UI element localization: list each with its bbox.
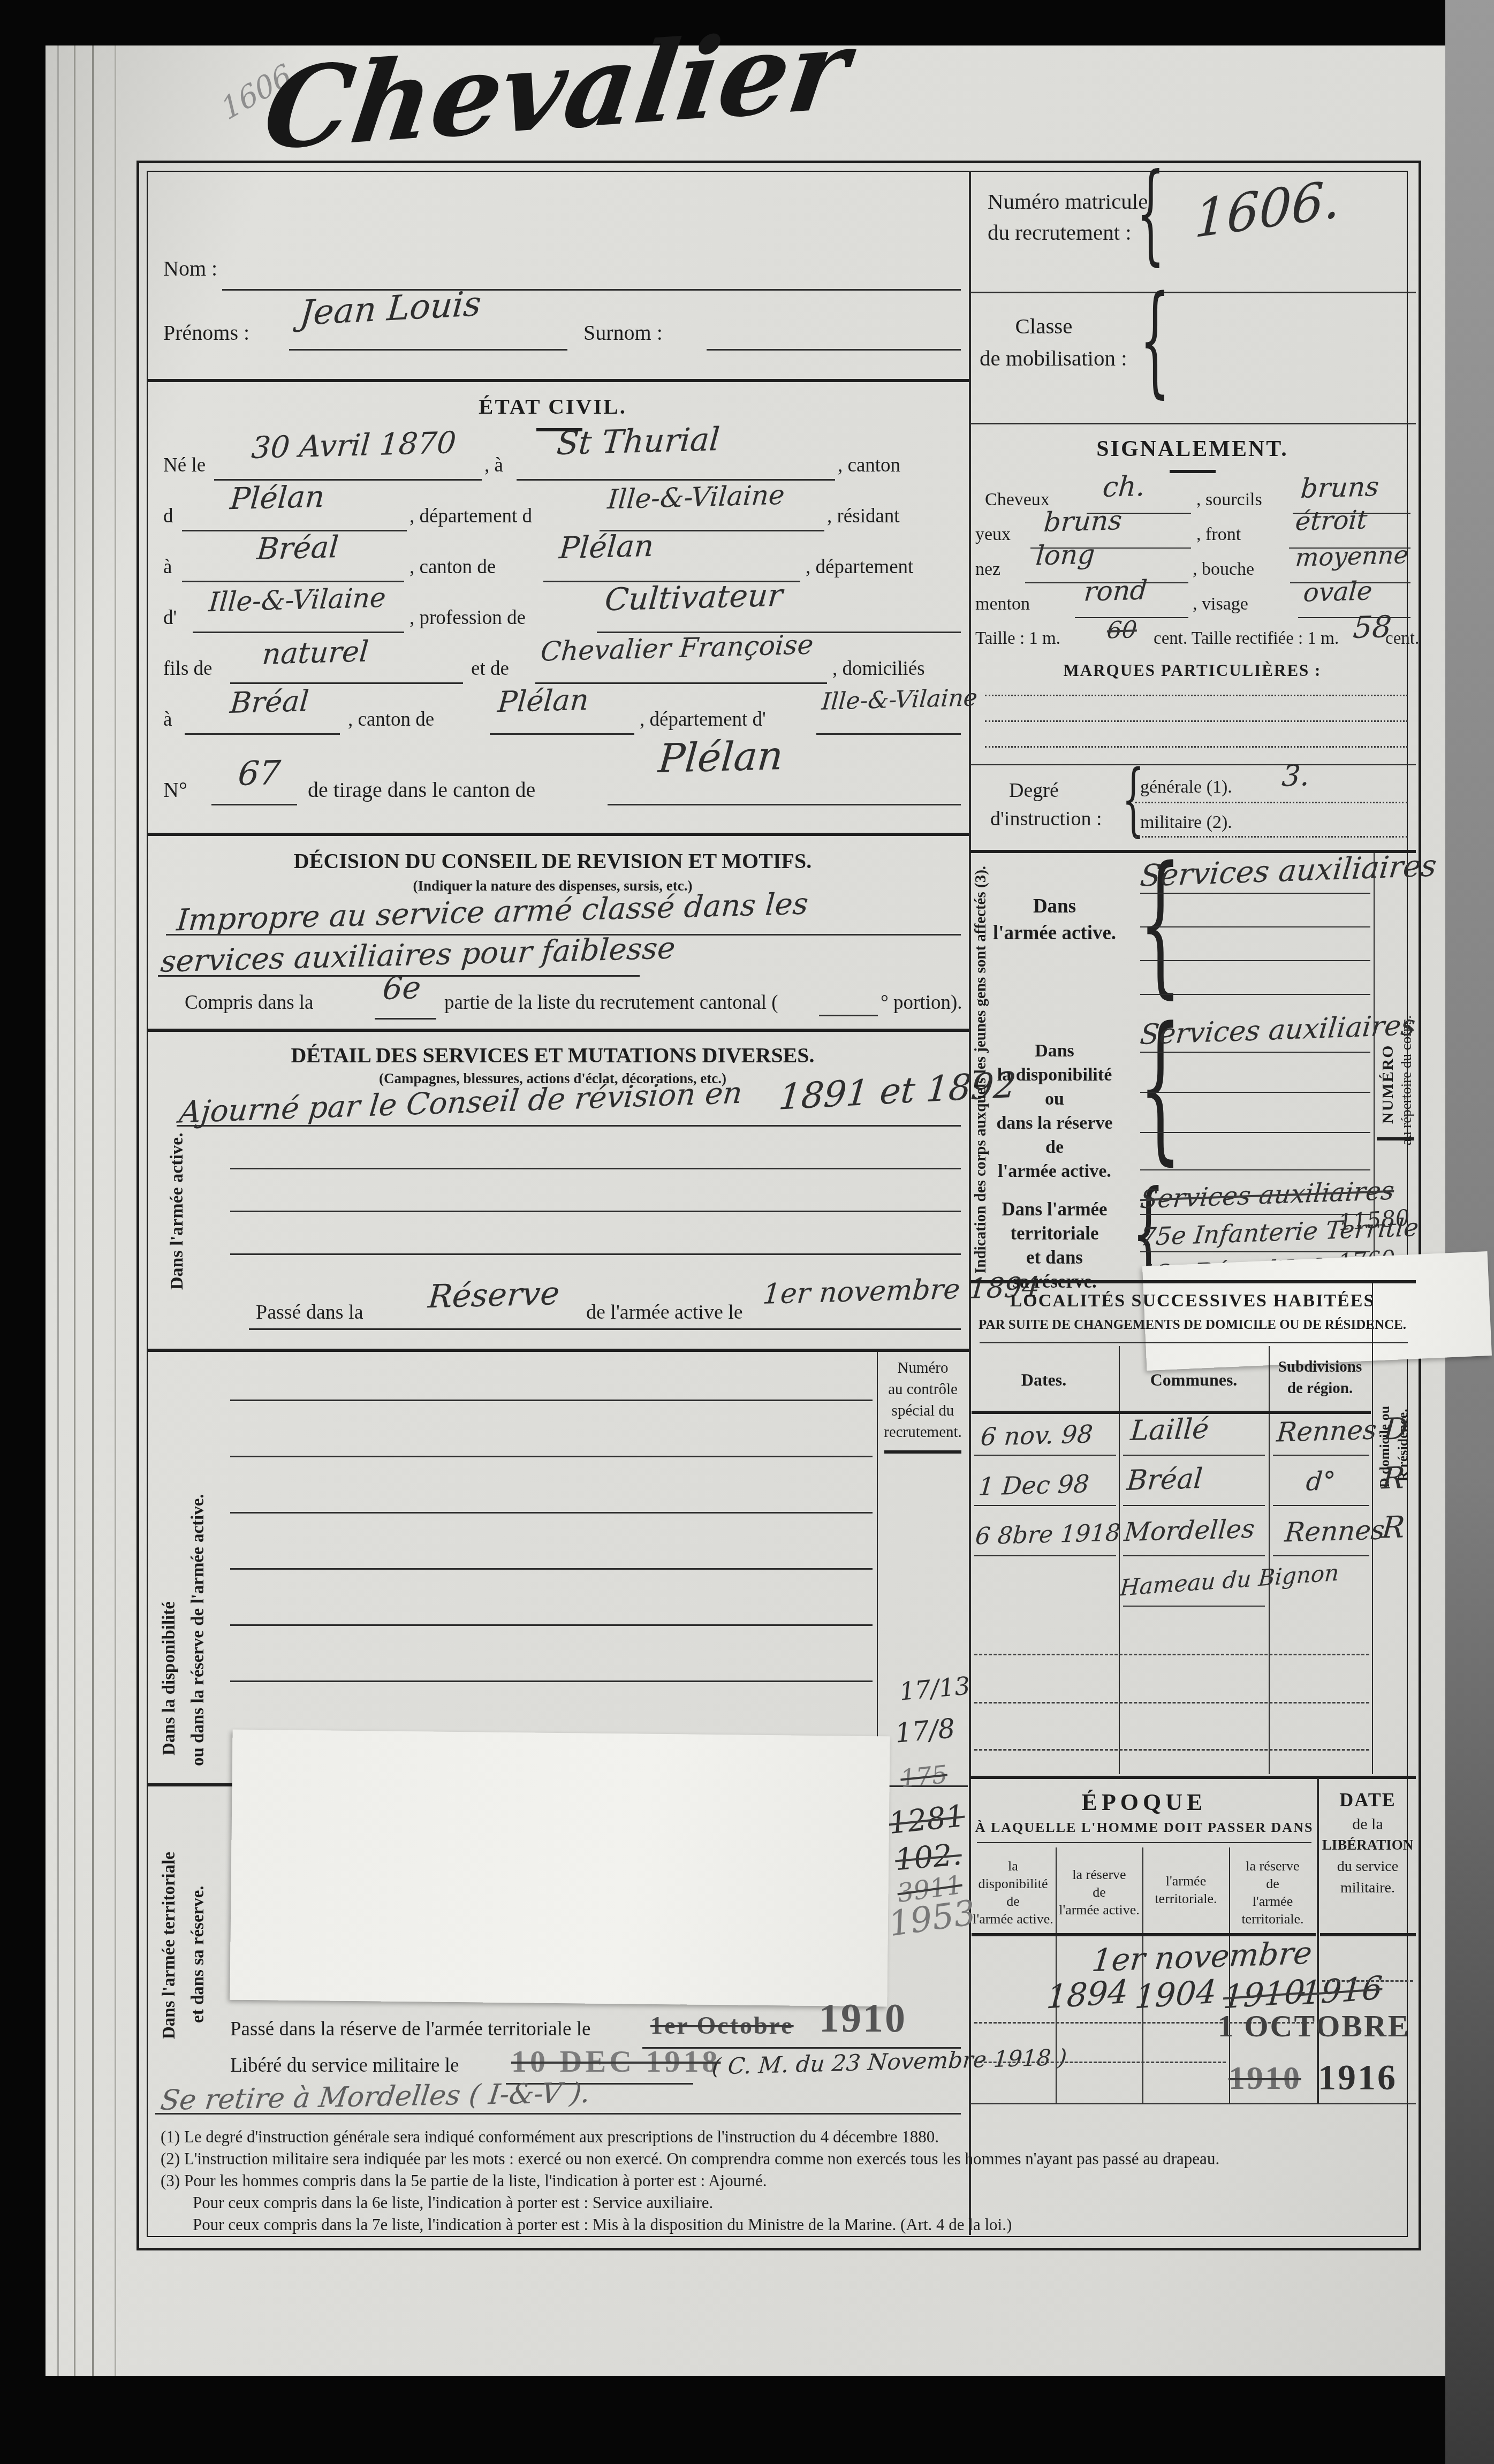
corps-block2-label-5: de xyxy=(993,1137,1116,1158)
bouche-label: , bouche xyxy=(1193,559,1254,580)
birth-place-value: St Thurial xyxy=(555,421,721,462)
epoque-date-header-2: de la xyxy=(1319,1815,1416,1834)
localites-row3-subdiv: Rennes xyxy=(1284,1514,1386,1548)
row-line xyxy=(974,1555,1116,1556)
d-label: d xyxy=(163,505,173,528)
epoque-year-1904: 1904 xyxy=(1134,1973,1218,2016)
compris-label-b: partie de la liste du recrutement canton… xyxy=(444,991,778,1014)
row-line xyxy=(1273,1455,1369,1456)
sourcils-value: bruns xyxy=(1300,471,1381,504)
controle-header-3: spécial du xyxy=(878,1402,968,1420)
section-rule xyxy=(970,1776,1416,1779)
classe-label-2: de mobilisation : xyxy=(980,345,1127,371)
taille-cent-label: cent. xyxy=(1385,629,1419,649)
fill-line xyxy=(230,1568,873,1570)
passe-reserve-label-a: Passé dans la xyxy=(256,1301,363,1324)
epoque-col4-line1: la réserve xyxy=(1231,1858,1314,1874)
residence-value: Bréal xyxy=(255,530,339,567)
fill-line xyxy=(230,1624,873,1626)
territoriale-date-stamp-a: 1er Octobre xyxy=(650,2011,794,2040)
epoque-subtitle: À LAQUELLE L'HOMME DOIT PASSER DANS xyxy=(972,1820,1317,1836)
decision-title: DÉCISION DU CONSEIL DE REVISION ET MOTIF… xyxy=(136,848,969,873)
fill-line xyxy=(1135,802,1408,803)
fill-line xyxy=(490,733,634,735)
marques-line xyxy=(985,720,1408,722)
localites-row2-subdiv: d° xyxy=(1305,1466,1337,1497)
empty-row-line xyxy=(974,2062,1226,2063)
table-column-line xyxy=(1119,1346,1120,1774)
epoque-col3-line1: l'armée xyxy=(1144,1873,1227,1889)
row-line xyxy=(1273,1555,1369,1556)
localites-row3-commune: Mordelles xyxy=(1123,1514,1256,1548)
dom-place-value: Bréal xyxy=(229,684,310,720)
empty-row-line xyxy=(974,1749,1369,1751)
footnote-5: Pour ceux compris dans la 7e liste, l'in… xyxy=(193,2215,1012,2234)
scanned-military-register-sheet: 1606 Chevalier Nom : Prénoms : Jean Loui… xyxy=(0,0,1494,2464)
nom-underline xyxy=(222,289,961,291)
front-value: étroit xyxy=(1294,505,1369,537)
menton-value: rond xyxy=(1083,574,1149,607)
d2-label: d' xyxy=(163,606,177,629)
classe-label-1: Classe xyxy=(974,313,1113,339)
fill-line xyxy=(1140,960,1370,961)
departement3-label: , département d' xyxy=(640,708,766,731)
epoque-col2-line1: la réserve xyxy=(1058,1867,1141,1883)
stamp-1-octobre: 1 OCTOBRE xyxy=(1218,2008,1410,2044)
corps-block2-label-6: l'armée active. xyxy=(988,1161,1121,1182)
epoque-col4-line2: de xyxy=(1231,1876,1314,1892)
passe-reserve-hw1: Réserve xyxy=(427,1275,561,1316)
localites-row1-subdiv: Rennes xyxy=(1276,1414,1378,1448)
localites-title-2: PAR SUITE DE CHANGEMENTS DE DOMICILE OU … xyxy=(969,1318,1416,1333)
departement-label: , département d xyxy=(409,505,532,528)
dept1-value: Ille-&-Vilaine xyxy=(606,480,786,515)
terr-side-label-2: et dans sa réserve. xyxy=(188,1830,208,2023)
front-label: , front xyxy=(1196,524,1241,545)
territoriale-date-stamp-b: 1910 xyxy=(819,1995,907,2042)
fill-line xyxy=(230,1168,961,1169)
row-line xyxy=(1123,1555,1265,1556)
empty-row-line xyxy=(1322,1980,1413,1982)
page-stack-edge xyxy=(92,45,94,2376)
localites-header-communes: Communes. xyxy=(1121,1370,1266,1390)
localites-row2-commune: Bréal xyxy=(1126,1463,1204,1497)
localites-row1-dr: D xyxy=(1382,1411,1409,1447)
corps-block1-label-1: Dans xyxy=(993,895,1116,918)
fill-line xyxy=(185,733,340,735)
epoque-column-line xyxy=(1056,1847,1057,2104)
epoque-col3-line2: territoriale. xyxy=(1144,1891,1227,1907)
section-rule-stub xyxy=(147,1783,232,1786)
tirage-label: de tirage dans le canton de xyxy=(308,777,535,802)
epoque-header-rule xyxy=(1320,1933,1416,1936)
fill-line xyxy=(211,804,297,805)
section-rule xyxy=(970,1280,1416,1283)
yeux-value: bruns xyxy=(1043,505,1124,538)
localites-header-dates: Dates. xyxy=(972,1370,1116,1390)
fill-line xyxy=(608,804,961,805)
militaire-label: militaire (2). xyxy=(1140,812,1232,833)
corps-block3-label-2: territoriale xyxy=(988,1223,1121,1244)
fill-line xyxy=(249,1328,961,1330)
corps-block2-label-4: dans la réserve xyxy=(988,1113,1121,1134)
etat-civil-title: ÉTAT CIVIL. xyxy=(136,393,969,419)
profession-value: Cultivateur xyxy=(603,577,784,618)
epoque-date-header-5: militaire. xyxy=(1319,1880,1416,1897)
table-column-line xyxy=(1269,1346,1270,1774)
passe-reserve-label-b: de l'armée active le xyxy=(586,1301,743,1324)
bouche-value: moyenne xyxy=(1294,540,1409,572)
residant-label: , résidant xyxy=(827,505,900,528)
surnom-label: Surnom : xyxy=(583,320,663,345)
scan-background-band xyxy=(1445,0,1494,2464)
a3-label: à xyxy=(163,708,172,731)
a-label: , à xyxy=(484,454,503,477)
epoque-title: ÉPOQUE xyxy=(972,1789,1317,1816)
empty-row-line xyxy=(974,1654,1369,1655)
row-line xyxy=(974,1455,1116,1456)
epoque-col1-line1: la xyxy=(972,1858,1055,1874)
corps-block3-label-1: Dans l'armée xyxy=(988,1199,1121,1220)
fill-line xyxy=(230,682,463,684)
epoque-col2-line3: l'armée active. xyxy=(1058,1902,1141,1918)
fill-line xyxy=(193,632,404,633)
matricule-label-2: du recrutement : xyxy=(988,219,1132,245)
decorative-rule xyxy=(977,1842,1311,1843)
canton1-value: Plélan xyxy=(229,480,325,517)
epoque-date-header-3: LIBÉRATION xyxy=(1319,1837,1416,1853)
controle-value-1: 17/13 xyxy=(898,1671,972,1706)
page-stack-edge xyxy=(57,45,59,2376)
fill-line xyxy=(1140,893,1370,894)
row-rule xyxy=(970,292,1416,293)
fill-line xyxy=(1140,1169,1370,1170)
departement2-label: , département xyxy=(806,556,913,579)
fill-line xyxy=(819,1015,878,1016)
generale-value: 3. xyxy=(1281,758,1311,793)
section-rule xyxy=(147,1029,969,1032)
degre-label-2: d'instruction : xyxy=(990,807,1102,831)
epoque-col1-line3: de xyxy=(972,1893,1055,1910)
fill-line xyxy=(517,479,835,481)
section-rule xyxy=(147,1349,969,1352)
row-rule xyxy=(970,423,1416,424)
stamp-1916: 1916 xyxy=(1318,2056,1397,2098)
empty-row-line xyxy=(974,1702,1369,1703)
tirage-value: 67 xyxy=(237,753,282,793)
visage-label: , visage xyxy=(1193,594,1248,614)
corps-block2-label-2: la disponibilité xyxy=(988,1065,1121,1085)
ne-le-label: Né le xyxy=(163,454,206,477)
controle-value-3: 175 xyxy=(899,1760,949,1793)
fill-line xyxy=(230,1512,873,1514)
fill-line xyxy=(230,1253,961,1255)
canton2-value: Plélan xyxy=(558,529,655,566)
matricule-label-1: Numéro matricule xyxy=(988,188,1148,214)
dispo-side-label-1: Dans la disponibilité xyxy=(160,1381,179,1755)
epoque-date-header-1: DATE xyxy=(1319,1789,1416,1811)
canton-label: , canton xyxy=(838,454,900,477)
signalement-title: SIGNALEMENT. xyxy=(969,436,1416,462)
decorative-rule xyxy=(980,1342,1408,1343)
nez-label: nez xyxy=(975,559,1000,580)
nez-value: long xyxy=(1035,538,1096,571)
et-de-label: et de xyxy=(471,657,509,680)
row-line xyxy=(1273,1505,1369,1506)
footnote-1: (1) Le degré d'instruction générale sera… xyxy=(161,2127,939,2147)
prenoms-underline xyxy=(289,349,567,351)
fill-line xyxy=(1140,1132,1370,1133)
fill-line xyxy=(230,1680,873,1682)
canton3-value: Plélan xyxy=(497,683,590,719)
compris-label-a: Compris dans la xyxy=(185,991,313,1014)
passe-territoriale-label: Passé dans la réserve de l'armée territo… xyxy=(230,2018,590,2041)
localites-row3-dr: R xyxy=(1381,1510,1406,1545)
libere-date-stamp: 10 DEC 1918 xyxy=(511,2043,721,2079)
fill-line xyxy=(1140,1092,1370,1093)
epoque-col2-line2: de xyxy=(1058,1884,1141,1900)
fill-line xyxy=(1140,926,1370,927)
page-stack-edge xyxy=(74,45,75,2376)
stamp-1910-struck: 1910 xyxy=(1228,2059,1301,2097)
epoque-date-header-4: du service xyxy=(1319,1858,1416,1875)
fill-line xyxy=(230,1211,961,1212)
matricule-brace xyxy=(1136,160,1165,269)
corps-block2-label-3: ou xyxy=(993,1089,1116,1109)
cheveux-label: Cheveux xyxy=(985,490,1050,510)
libere-label: Libéré du service militaire le xyxy=(230,2054,459,2077)
sourcils-label: , sourcils xyxy=(1196,490,1262,510)
yeux-label: yeux xyxy=(975,524,1011,545)
controle-header-1: Numéro xyxy=(878,1359,968,1377)
page-stack-edge xyxy=(115,45,116,2376)
detail-title: DÉTAIL DES SERVICES ET MUTATIONS DIVERSE… xyxy=(136,1043,969,1068)
marques-line xyxy=(985,746,1408,748)
fill-line xyxy=(214,479,482,481)
fill-line xyxy=(230,1456,873,1457)
taille-rectifiee-label: cent. Taille rectifiée : 1 m. xyxy=(1154,629,1339,649)
controle-header-rule xyxy=(884,1450,961,1454)
prenoms-label: Prénoms : xyxy=(163,320,249,345)
epoque-bottom-rule xyxy=(970,2103,1416,2104)
visage-value: ovale xyxy=(1302,576,1374,607)
date-column-divider xyxy=(1317,1778,1319,2104)
fill-line xyxy=(375,1018,436,1020)
localites-row3-date: 6 8bre 1918 xyxy=(974,1519,1121,1550)
fill-line xyxy=(1140,1214,1370,1215)
section-rule xyxy=(147,833,969,836)
domicilies-label: , domiciliés xyxy=(832,657,925,680)
row-line xyxy=(1123,1606,1265,1607)
footnote-3: (3) Pour les hommes compris dans la 5e p… xyxy=(161,2171,767,2191)
controle-header-4: recrutement. xyxy=(878,1424,968,1441)
corps-block2-label-1: Dans xyxy=(993,1041,1116,1061)
localites-row1-date: 6 nov. 98 xyxy=(980,1419,1094,1451)
cheveux-value: ch. xyxy=(1102,470,1147,504)
footnote-4: Pour ceux compris dans la 6e liste, l'in… xyxy=(193,2193,713,2212)
profession-label: , profession de xyxy=(409,606,526,629)
taille-label: Taille : 1 m. xyxy=(975,629,1060,649)
dept3-value: Ille-&-Vilaine xyxy=(821,684,979,716)
controle-value-2: 17/8 xyxy=(894,1713,957,1749)
epoque-year-1916-struck: 1916 xyxy=(1300,1969,1384,2012)
localites-header-subdiv-1: Subdivisions xyxy=(1270,1358,1370,1376)
row-line xyxy=(974,1505,1116,1506)
row-line xyxy=(1123,1505,1265,1506)
compris-value: 6e xyxy=(381,969,422,1007)
canton2-label: , canton de xyxy=(409,556,496,579)
nom-label: Nom : xyxy=(163,256,217,281)
taille-old-value: 60 xyxy=(1106,616,1138,644)
compris-label-c: ° portion). xyxy=(881,991,962,1014)
tirage-canton-value: Plélan xyxy=(657,733,785,782)
footnote-2: (2) L'instruction militaire sera indiqué… xyxy=(161,2149,1219,2169)
surnom-underline xyxy=(707,349,961,351)
corps-block1-label-2: l'armée active. xyxy=(993,922,1116,945)
filiation-value: naturel xyxy=(261,634,370,671)
birth-date-value: 30 Avril 1870 xyxy=(251,425,458,466)
fill-line xyxy=(230,1400,873,1401)
epoque-col4-line4: territoriale. xyxy=(1231,1911,1314,1927)
localites-row2-date: 1 Dec 98 xyxy=(977,1469,1090,1501)
localites-row1-commune: Laillé xyxy=(1129,1413,1210,1447)
localites-row2-dr: R xyxy=(1381,1461,1406,1496)
degre-label-1: Degré xyxy=(1009,779,1059,802)
numero-tirage-label: N° xyxy=(163,777,187,802)
armee-active-side-label: Dans l'armée active. xyxy=(167,1065,187,1290)
epoque-col4-line3: l'armée xyxy=(1231,1893,1314,1910)
corps-regiment-1-number: 11580 xyxy=(1337,1204,1410,1235)
title-dash xyxy=(1170,470,1216,473)
decision-subtitle: (Indiquer la nature des dispenses, sursi… xyxy=(136,878,969,894)
controle-header-2: au contrôle xyxy=(878,1381,968,1398)
fils-label: fils de xyxy=(163,657,212,680)
localites-header-subdiv-2: de région. xyxy=(1270,1380,1370,1397)
fill-line xyxy=(1140,1251,1370,1252)
dept2-value: Ille-&-Vilaine xyxy=(208,582,387,618)
epoque-col1-line4: l'armée active. xyxy=(972,1911,1055,1927)
terr-side-label-1: Dans l'armée territoriale xyxy=(160,1814,179,2039)
pasted-paper-patch-left xyxy=(230,1730,890,2007)
section-rule xyxy=(147,379,969,382)
a2-label: à xyxy=(163,556,172,579)
corps-block3-label-3: et dans xyxy=(988,1247,1121,1268)
fill-line xyxy=(177,1125,961,1127)
generale-label: générale (1). xyxy=(1140,777,1232,797)
fill-line xyxy=(816,733,961,735)
row-rule xyxy=(970,764,1416,765)
classe-brace xyxy=(1140,280,1170,400)
localites-title-1: LOCALITÉS SUCCESSIVES HABITÉES xyxy=(969,1291,1416,1311)
row-line xyxy=(1123,1455,1265,1456)
epoque-col1-line2: disponibilité xyxy=(972,1876,1055,1892)
fill-line xyxy=(155,2113,961,2115)
marques-label: MARQUES PARTICULIÈRES : xyxy=(969,661,1416,680)
canton3-label: , canton de xyxy=(348,708,434,731)
menton-label: menton xyxy=(975,594,1030,614)
marques-line xyxy=(985,695,1408,696)
repertoire-rule xyxy=(1377,1137,1414,1140)
fill-line xyxy=(1140,1052,1370,1053)
epoque-year-1894: 1894 xyxy=(1045,1973,1129,2016)
dispo-side-label-2: ou dans la réserve de l'armée active. xyxy=(188,1370,208,1766)
